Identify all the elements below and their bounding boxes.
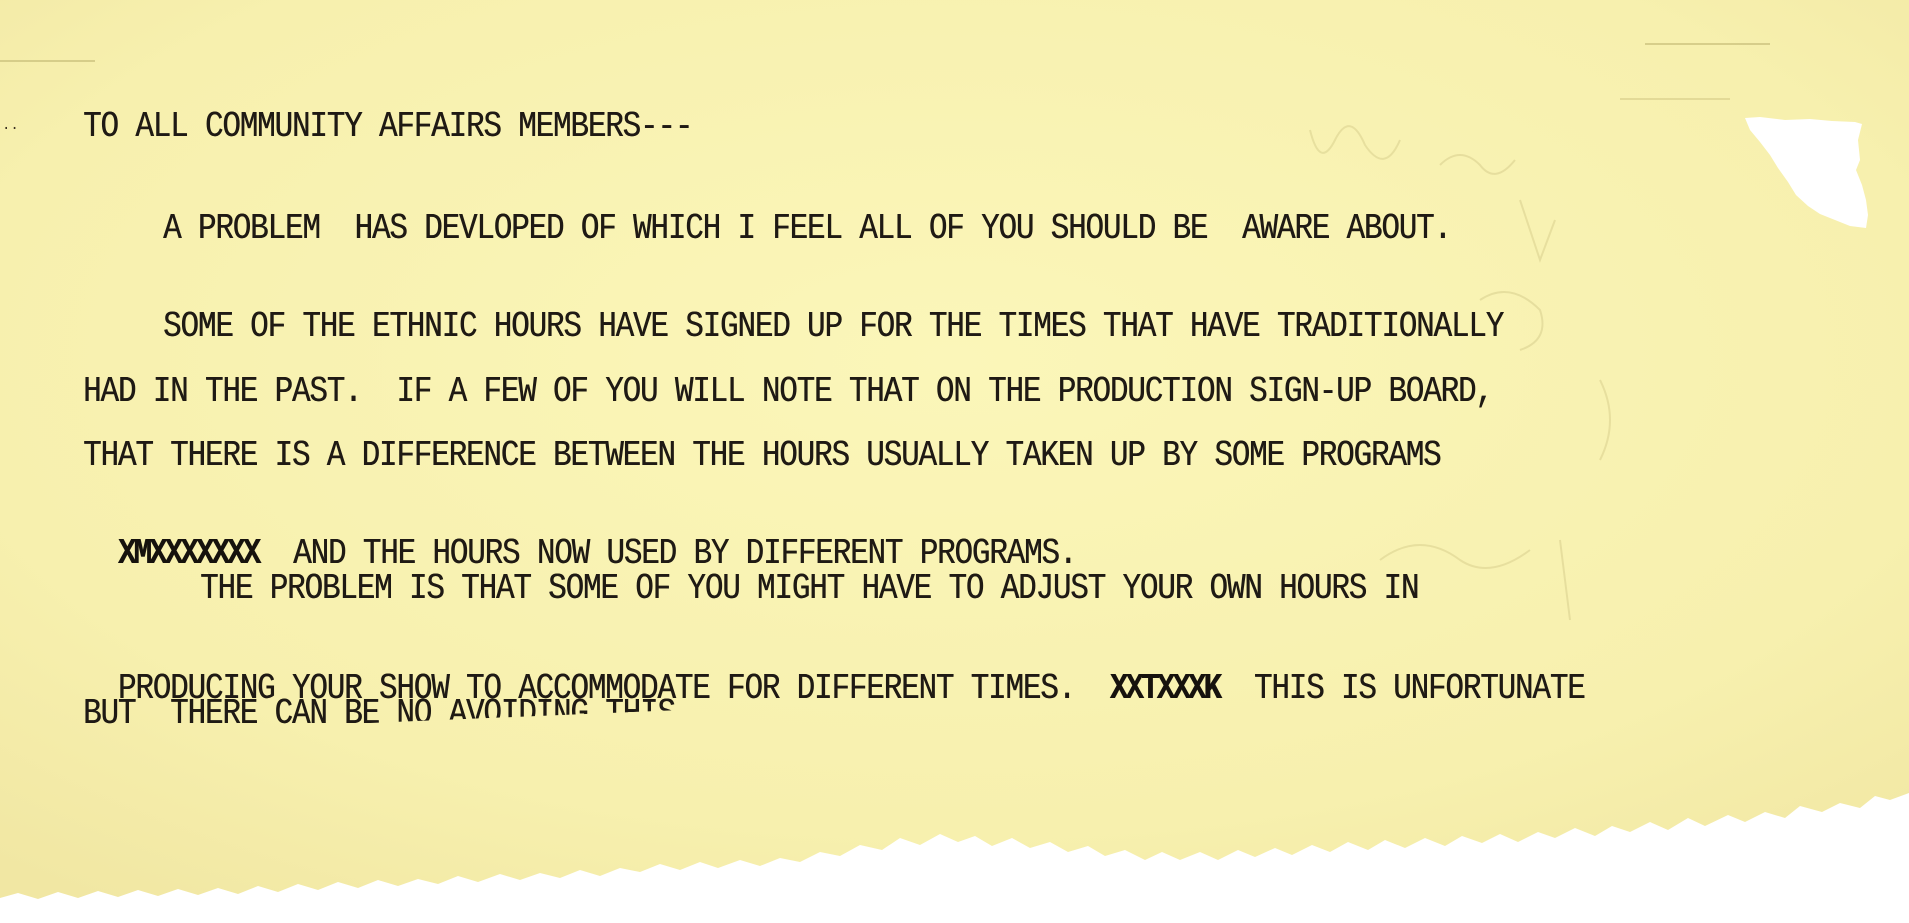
- paper-crease-mark: [0, 60, 95, 62]
- paper-crease-mark: [1645, 43, 1770, 45]
- margin-dots: ..: [2, 118, 19, 134]
- memo-salutation: TO ALL COMMUNITY AFFAIRS MEMBERS---: [83, 107, 692, 148]
- memo-paragraph-3-line-1: THE PROBLEM IS THAT SOME OF YOU MIGHT HA…: [200, 569, 1418, 610]
- memo-paragraph-2-line-1: SOME OF THE ETHNIC HOURS HAVE SIGNED UP …: [163, 307, 1503, 348]
- line-text-after: THIS IS UNFORTUNATE: [1219, 669, 1584, 710]
- memo-paragraph-2-line-2: HAD IN THE PAST. IF A FEW OF YOU WILL NO…: [83, 372, 1493, 413]
- memo-paragraph-2-line-3: THAT THERE IS A DIFFERENCE BETWEEN THE H…: [83, 436, 1440, 477]
- paper-crease-mark: [1620, 98, 1730, 100]
- memo-paragraph-1-line-1: A PROBLEM HAS DEVLOPED OF WHICH I FEEL A…: [163, 209, 1451, 250]
- typed-strikeout: XXTXXXK: [1110, 669, 1219, 710]
- memo-paragraph-2-line-4: XMXXXXXXX AND THE HOURS NOW USED BY DIFF…: [83, 492, 1076, 575]
